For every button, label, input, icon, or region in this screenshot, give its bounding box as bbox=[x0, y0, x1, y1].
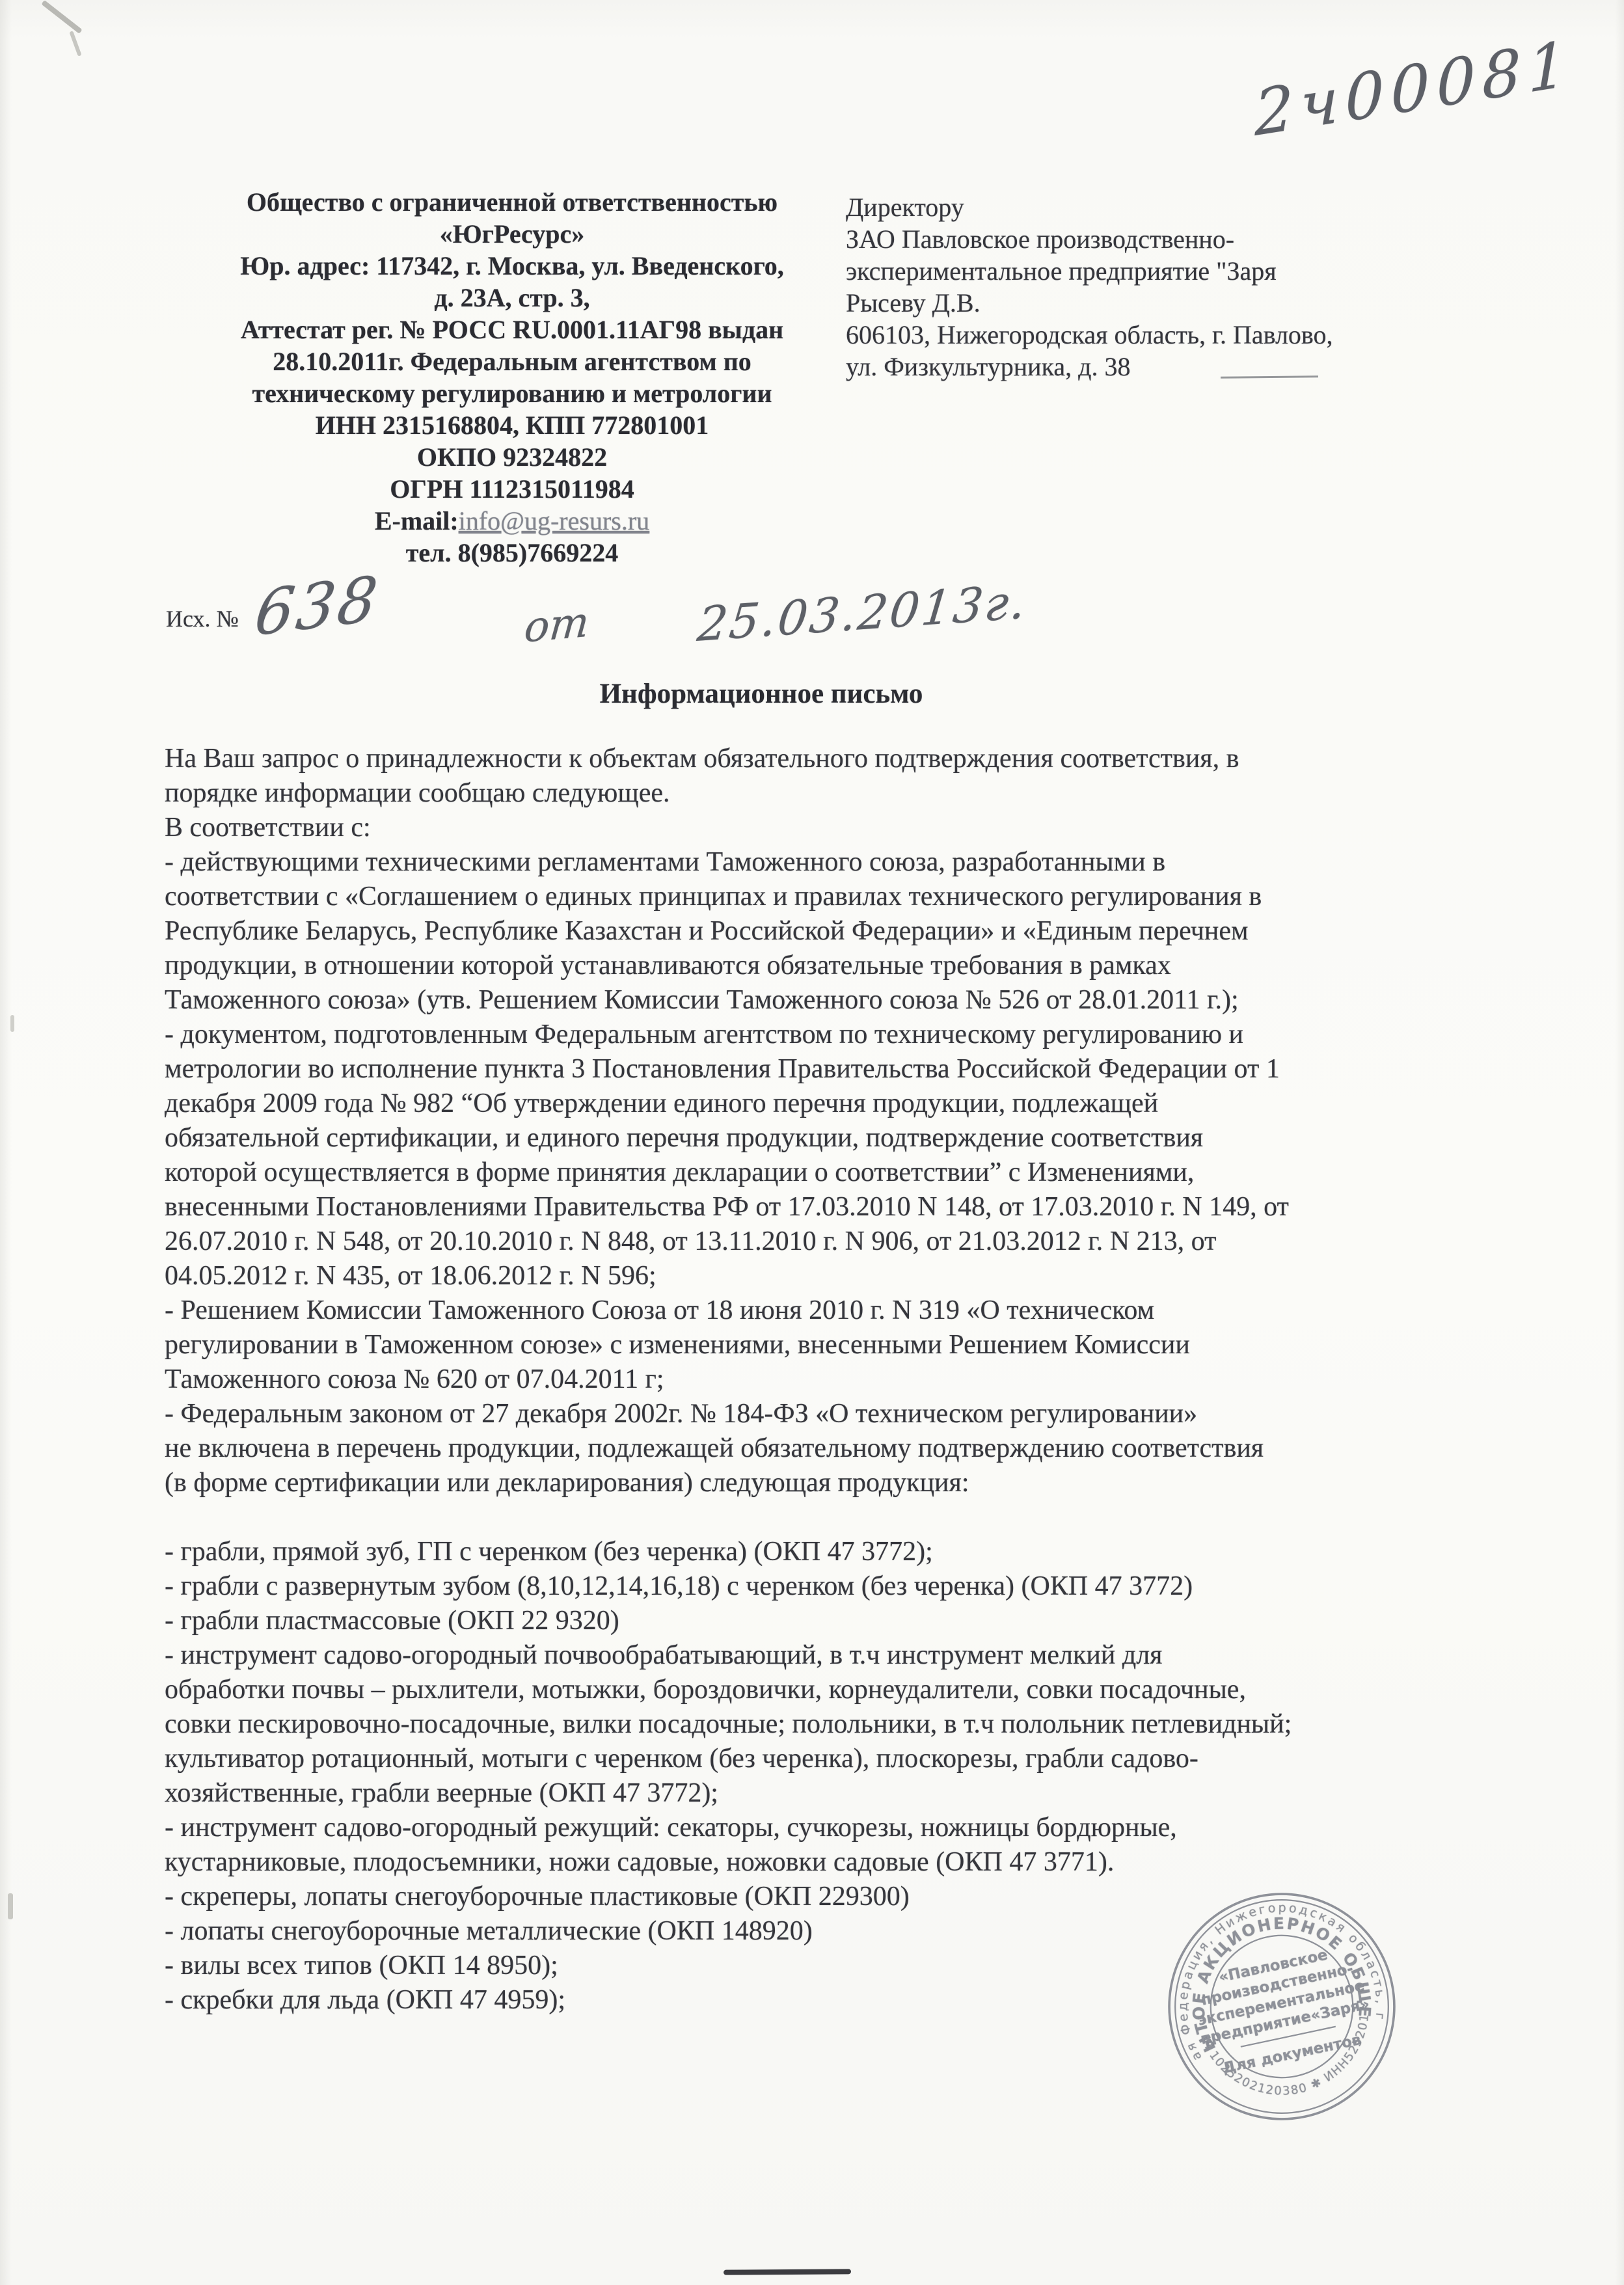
body-line: внесенными Постановлениями Правительства… bbox=[165, 1190, 1531, 1224]
sender-email-line: E-mail:info@ug-resurs.ru bbox=[190, 505, 834, 537]
body-line: обязательной сертификации, и единого пер… bbox=[165, 1121, 1531, 1156]
body-line: продукции, в отношении которой устанавли… bbox=[165, 949, 1531, 983]
body-line: - инструмент садово-огородный почвообраб… bbox=[165, 1638, 1531, 1673]
scanned-letter-page: 2ч00081 Общество с ограниченной ответств… bbox=[0, 0, 1624, 2285]
sender-line: ОГРН 1112315011984 bbox=[190, 473, 834, 505]
body-line: которой осуществляется в форме принятия … bbox=[165, 1156, 1531, 1190]
body-line: культиватор ротационный, мотыги с черенк… bbox=[165, 1742, 1531, 1776]
body-line: - Решением Комиссии Таможенного Союза от… bbox=[165, 1293, 1531, 1328]
sender-block: Общество с ограниченной ответственностью… bbox=[190, 186, 834, 569]
body-line: 26.07.2010 г. N 548, от 20.10.2010 г. N … bbox=[165, 1224, 1531, 1259]
sender-line: 28.10.2011г. Федеральным агентством по bbox=[190, 345, 834, 377]
handwritten-registration-number: 2ч00081 bbox=[1254, 27, 1574, 151]
recipient-line: Рысеву Д.В. bbox=[846, 287, 1431, 319]
sender-phone: тел. 8(985)7669224 bbox=[190, 537, 834, 569]
body-line: совки пескировочно-посадочные, вилки пос… bbox=[165, 1707, 1531, 1742]
stamp-graphic: Российская Федерация, Нижегородская обла… bbox=[1141, 1866, 1422, 2147]
email-address: info@ug-resurs.ru bbox=[459, 506, 649, 535]
body-line: (в форме сертификации или декларирования… bbox=[165, 1466, 1531, 1500]
recipient-line: ул. Физкультурника, д. 38 bbox=[846, 351, 1431, 383]
body-line: В соответствии с: bbox=[165, 811, 1531, 845]
email-label: E-mail: bbox=[375, 506, 459, 535]
company-stamp: Российская Федерация, Нижегородская обла… bbox=[1141, 1866, 1422, 2147]
letter-body: На Ваш запрос о принадлежности к объекта… bbox=[165, 742, 1531, 2018]
body-line: - действующими техническими регламентами… bbox=[165, 845, 1531, 880]
body-line: соответствии с «Соглашением о единых при… bbox=[165, 880, 1531, 914]
recipient-line: ЗАО Павловское производственно- bbox=[846, 223, 1431, 255]
sender-line: ОКПО 92324822 bbox=[190, 441, 834, 473]
recipient-line: 606103, Нижегородская область, г. Павлов… bbox=[846, 319, 1431, 351]
recipient-block: ДиректоруЗАО Павловское производственно-… bbox=[846, 191, 1431, 383]
body-line: метрологии во исполнение пункта 3 Постан… bbox=[165, 1052, 1531, 1087]
body-line: - грабли, прямой зуб, ГП с черенком (без… bbox=[165, 1535, 1531, 1569]
body-line: регулировании в Таможенном союзе» с изме… bbox=[165, 1328, 1531, 1362]
body-line: хозяйственные, грабли веерные (ОКП 47 37… bbox=[165, 1776, 1531, 1811]
handwritten-outgoing-number: 638 bbox=[251, 563, 384, 651]
body-line: кустарниковые, плодосъемники, ножи садов… bbox=[165, 1845, 1531, 1880]
body-line: Таможенного союза № 620 от 07.04.2011 г; bbox=[165, 1362, 1531, 1397]
sender-line: д. 23А, стр. 3, bbox=[190, 282, 834, 314]
scan-artifact-corner bbox=[41, 0, 82, 34]
sender-line: «ЮгРесурс» bbox=[190, 218, 834, 250]
body-line: 04.05.2012 г. N 435, от 18.06.2012 г. N … bbox=[165, 1259, 1531, 1293]
scan-artifact-bottom-line bbox=[724, 2269, 851, 2275]
sender-line: ИНН 2315168804, КПП 772801001 bbox=[190, 409, 834, 441]
body-line: декабря 2009 года № 982 “Об утверждении … bbox=[165, 1087, 1531, 1121]
scan-artifact-edge bbox=[10, 1015, 14, 1032]
body-line bbox=[165, 1500, 1531, 1535]
scan-artifact-edge bbox=[8, 1893, 13, 1919]
recipient-line: экспериментальное предприятие "Заря bbox=[846, 255, 1431, 287]
body-line: - Федеральным законом от 27 декабря 2002… bbox=[165, 1397, 1531, 1431]
body-line: Республике Беларусь, Республике Казахста… bbox=[165, 914, 1531, 949]
body-line: - грабли пластмассовые (ОКП 22 9320) bbox=[165, 1604, 1531, 1638]
handwritten-date: 25.03.2013г. bbox=[695, 574, 1030, 652]
body-line: - документом, подготовленным Федеральным… bbox=[165, 1018, 1531, 1052]
body-line: не включена в перечень продукции, подлеж… bbox=[165, 1431, 1531, 1466]
body-line: обработки почвы – рыхлители, мотыжки, бо… bbox=[165, 1673, 1531, 1707]
recipient-line: Директору bbox=[846, 191, 1431, 223]
handwritten-preposition: от bbox=[522, 598, 591, 653]
body-line: На Ваш запрос о принадлежности к объекта… bbox=[165, 742, 1531, 776]
outgoing-number-label: Исх. № bbox=[166, 605, 239, 632]
sender-line: техническому регулированию и метрологии bbox=[190, 377, 834, 409]
sender-line: Общество с ограниченной ответственностью bbox=[190, 186, 834, 218]
scan-artifact-corner bbox=[69, 31, 81, 57]
sender-line: Аттестат рег. № РОСС RU.0001.11АГ98 выда… bbox=[190, 314, 834, 345]
sender-line: Юр. адрес: 117342, г. Москва, ул. Введен… bbox=[190, 250, 834, 282]
body-line: Таможенного союза» (утв. Решением Комисс… bbox=[165, 983, 1531, 1018]
body-line: - инструмент садово-огородный режущий: с… bbox=[165, 1811, 1531, 1845]
letter-title: Информационное письмо bbox=[0, 678, 1522, 710]
body-line: - грабли с развернутым зубом (8,10,12,14… bbox=[165, 1569, 1531, 1604]
body-line: порядке информации сообщаю следующее. bbox=[165, 776, 1531, 811]
